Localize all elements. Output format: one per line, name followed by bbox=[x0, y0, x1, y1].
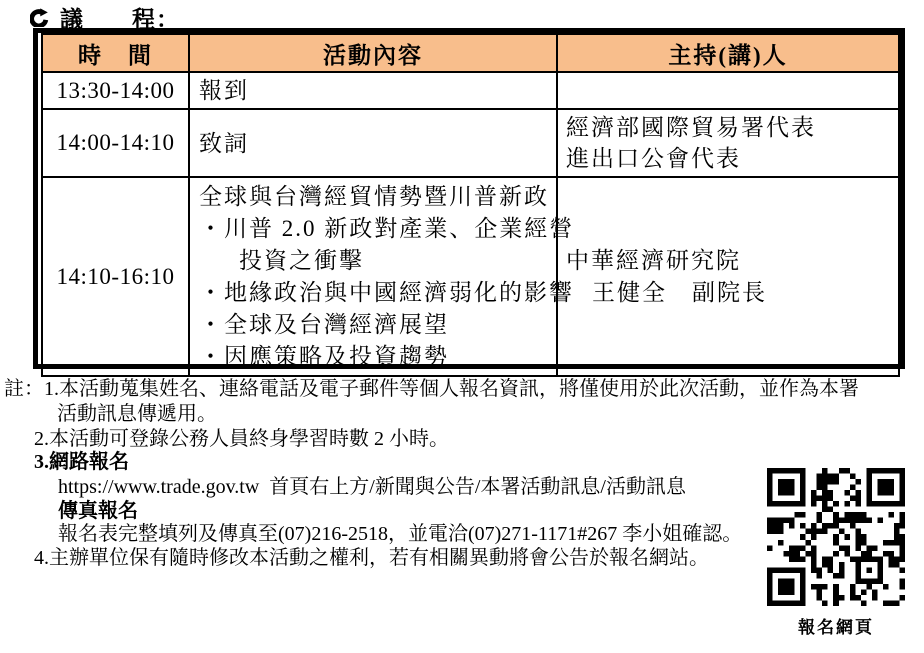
time-cell: 14:00-14:10 bbox=[42, 109, 189, 177]
document-page: 議 程： 時 間 活動內容 主持(講)人 13:30-14:00 報到 bbox=[0, 0, 924, 653]
fax-registration-label: 傳真報名 bbox=[58, 499, 138, 523]
table-header-row: 時 間 活動內容 主持(講)人 bbox=[42, 34, 899, 72]
speaker-line: 中華經濟研究院 bbox=[566, 245, 894, 277]
note-2: 2.本活動可登錄公務人員終身學習時數 2 小時。 bbox=[34, 427, 449, 451]
col-header-time: 時 間 bbox=[42, 34, 189, 72]
activity-line: 致詞 bbox=[199, 128, 552, 159]
qr-caption: 報名網頁 bbox=[766, 613, 906, 638]
table-row-lecture: 14:10-16:10 全球與台灣經貿情勢暨川普新政 ・川普 2.0 新政對產業… bbox=[42, 177, 899, 376]
time-cell: 13:30-14:00 bbox=[42, 72, 189, 109]
note-4: 4.主辦單位保有隨時修改本活動之權利，若有相關異動將會公告於報名網站。 bbox=[34, 546, 709, 570]
time-cell: 14:10-16:10 bbox=[42, 177, 189, 376]
note-3-label: 網路報名 bbox=[49, 451, 129, 473]
registration-qr-block: 報名網頁 bbox=[766, 468, 906, 638]
activity-cell: 致詞 bbox=[189, 109, 557, 177]
speaker-line: 經濟部國際貿易署代表 bbox=[566, 112, 894, 143]
speaker-line: 進出口公會代表 bbox=[566, 143, 894, 174]
qr-code bbox=[767, 468, 905, 606]
note-3-url-line: https://www.trade.gov.tw 首頁右上方/新聞與公告/本署活… bbox=[58, 475, 686, 499]
speaker-cell: 中華經濟研究院 王健全 副院長 bbox=[557, 177, 899, 376]
table-row-checkin: 13:30-14:00 報到 bbox=[42, 72, 899, 109]
activity-line: 報到 bbox=[199, 75, 552, 106]
circular-arrow-bullet-icon bbox=[30, 8, 49, 27]
speaker-cell: 經濟部國際貿易署代表 進出口公會代表 bbox=[557, 109, 899, 177]
activity-wrap-line: 投資之衝擊 bbox=[199, 245, 552, 277]
table-row-opening: 14:00-14:10 致詞 經濟部國際貿易署代表 進出口公會代表 bbox=[42, 109, 899, 177]
activity-cell: 報到 bbox=[189, 72, 557, 109]
col-header-speaker: 主持(講)人 bbox=[557, 34, 899, 72]
agenda-table: 時 間 活動內容 主持(講)人 13:30-14:00 報到 14:00-14:… bbox=[33, 28, 905, 369]
note-1-line-1: 註：1.本活動蒐集姓名、連絡電話及電子郵件等個人報名資訊，將僅使用於此次活動，並… bbox=[4, 377, 859, 401]
activity-bullet-line: ・地緣政治與中國經濟弱化的影響 bbox=[199, 277, 552, 309]
activity-bullet-line: ・因應策略及投資趨勢 bbox=[199, 341, 552, 373]
col-header-activity: 活動內容 bbox=[189, 34, 557, 72]
activity-bullet-line: ・川普 2.0 新政對產業、企業經營 bbox=[199, 213, 552, 245]
speaker-cell-empty bbox=[557, 72, 899, 109]
fax-registration-line: 報名表完整填列及傳真至(07)216-2518，並電洽(07)271-1171#… bbox=[58, 522, 742, 546]
note-1-line-2: 活動訊息傳遞用。 bbox=[57, 402, 217, 426]
activity-bullet-line: ・全球及台灣經濟展望 bbox=[199, 309, 552, 341]
note-3-web-registration: 3.網路報名 bbox=[34, 450, 129, 474]
speaker-line: 王健全 副院長 bbox=[566, 277, 894, 309]
note-3-number: 3. bbox=[34, 451, 49, 473]
activity-title-line: 全球與台灣經貿情勢暨川普新政 bbox=[199, 181, 552, 213]
activity-cell: 全球與台灣經貿情勢暨川普新政 ・川普 2.0 新政對產業、企業經營 投資之衝擊 … bbox=[189, 177, 557, 376]
